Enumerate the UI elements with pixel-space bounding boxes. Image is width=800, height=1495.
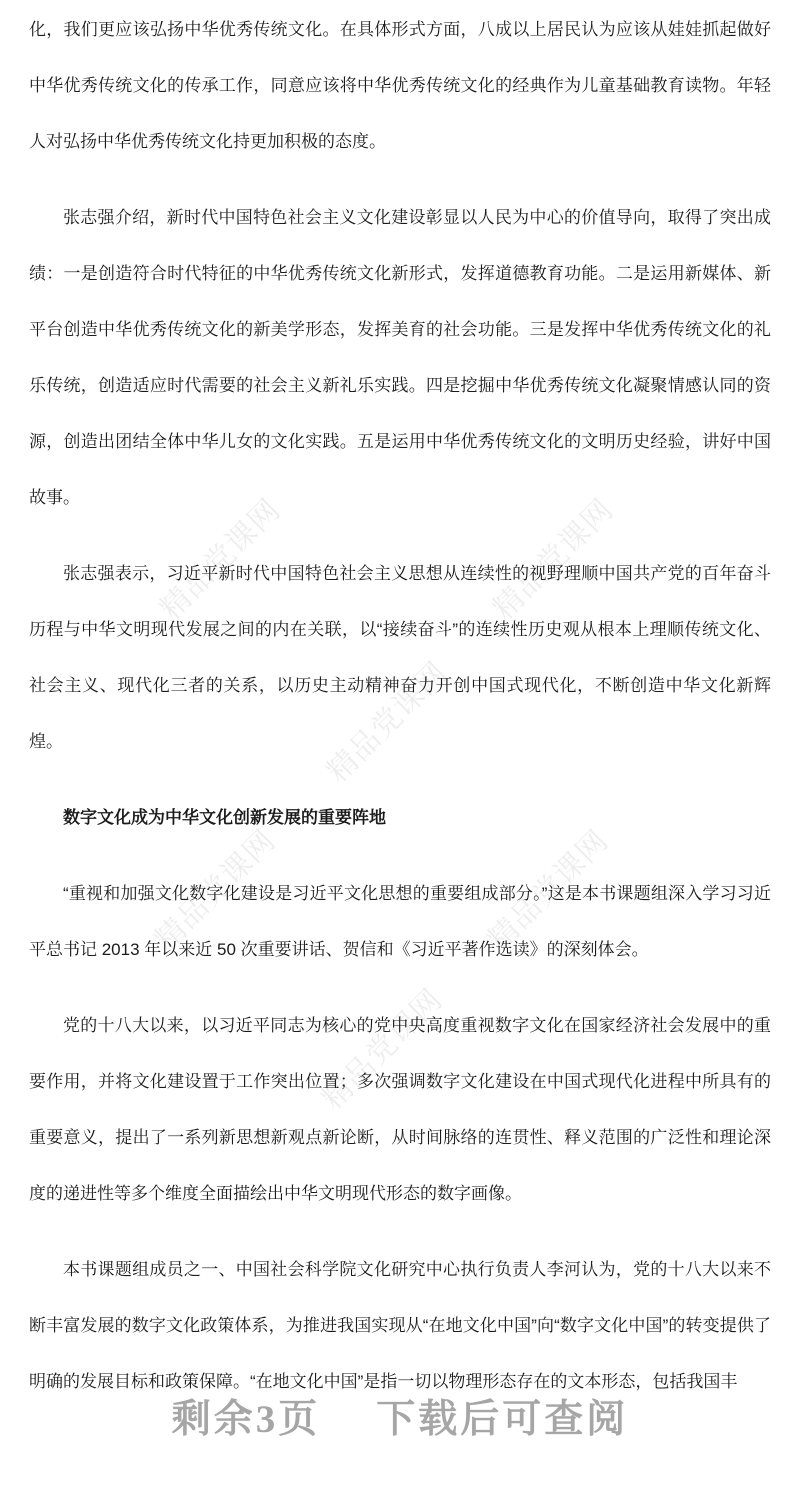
- section-heading: 数字文化成为中华文化创新发展的重要阵地: [29, 790, 771, 846]
- document-body: 化，我们更应该弘扬中华优秀传统文化。在具体形式方面，八成以上居民认为应该从娃娃抓…: [0, 0, 800, 1410]
- paragraph: 党的十八大以来，以习近平同志为核心的党中央高度重视数字文化在国家经济社会发展中的…: [29, 998, 771, 1222]
- paragraph: 本书课题组成员之一、中国社会科学院文化研究中心执行负责人李河认为，党的十八大以来…: [29, 1242, 771, 1410]
- paragraph: “重视和加强文化数字化建设是习近平文化思想的重要组成部分。”这是本书课题组深入学…: [29, 866, 771, 978]
- paragraph: 张志强介绍，新时代中国特色社会主义文化建设彰显以人民为中心的价值导向，取得了突出…: [29, 190, 771, 526]
- paragraph: 张志强表示，习近平新时代中国特色社会主义思想从连续性的视野理顺中国共产党的百年奋…: [29, 546, 771, 770]
- footer-notice: 剩余3页下载后可查阅: [0, 1388, 800, 1444]
- paragraph: 化，我们更应该弘扬中华优秀传统文化。在具体形式方面，八成以上居民认为应该从娃娃抓…: [29, 2, 771, 170]
- page-container: 精品党课网精品党课网精品党课网精品党课网精品党课网精品党课网 化，我们更应该弘扬…: [0, 0, 800, 1495]
- download-hint-label: 下载后可查阅: [376, 1398, 628, 1441]
- remaining-pages-label: 剩余3页: [172, 1398, 321, 1441]
